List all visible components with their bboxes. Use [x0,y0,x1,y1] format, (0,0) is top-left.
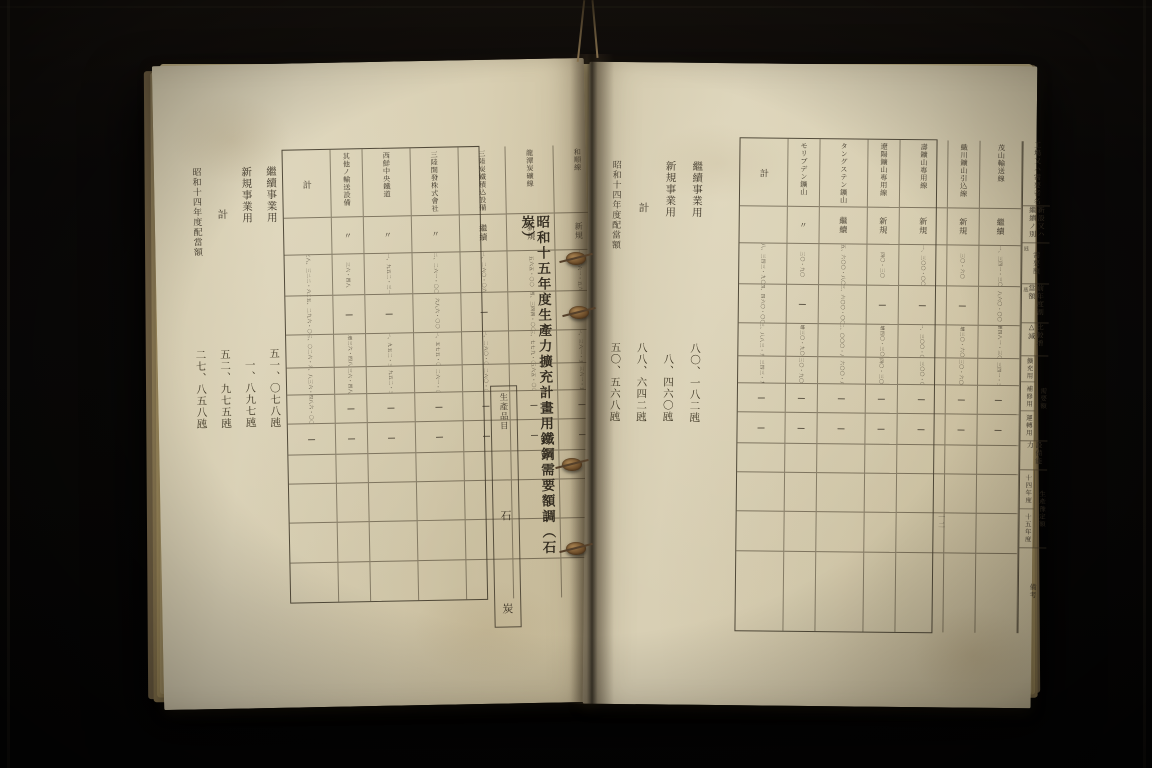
record-diff-cell: 增三、〇二六・六五 [286,334,333,368]
binding-string [577,0,585,62]
record-repair-cell [785,383,816,412]
record-demand-cell: 三六・四八 [332,253,364,295]
display-frame-edge [1143,0,1146,768]
header-equipment-capacity: 設備能力 [1021,440,1048,469]
record-type-cell: 新規 [867,207,899,244]
record-y15-cell [417,519,465,560]
record-repair-cell: 四八六・〇〇 [287,394,334,424]
binding-gutter [570,54,614,704]
record-y14-cell [977,474,1019,513]
record-operate-cell [336,422,368,454]
header-remarks: 備考 [1019,547,1047,633]
record-diff-cell: 增二、〇〇〇・八〇 [818,323,865,356]
record-note-cell [895,552,943,632]
header-production-plan-group: 十四年度 十五年度 生產豫定額 [1020,469,1048,547]
binding-string-knot [566,252,586,265]
left-page-summary: 繼續事業用 五一、〇七八瓲 新規事業用 一、八九七瓲 計 五二、九七五瓲 昭和十… [190,166,281,430]
record-prev-cell: 四、四六〇・〇〇 [739,283,786,322]
table-record-column: 遼陽鑛山專用線新規四〇・三〇增四〇・三〇四〇・三〇 [863,140,900,632]
record-demand-cell: 五、六〇〇・八〇 [819,243,866,284]
table-header-column: 工場又ハ需要者名 新設又ハ繼續ノ別 需要額 瓲 前年度割當額 瓲 比較增△減 擴… [1018,141,1051,633]
unit-ton: 瓲 [1023,286,1028,293]
record-name-cell: 三陸炭鐵積込設備 [458,146,506,214]
record-type-cell: 〃 [412,214,459,252]
table-record-column: 計八、三四三・九〇四、四六〇・〇〇增三、八八三・九〇八、三四三・九〇 [735,138,788,630]
binding-string-knot [562,458,582,471]
table-record-column: モリブデン鑛山〃三〇・九〇增三〇・九〇三〇・九〇 [783,139,820,631]
record-capacity-cell [785,443,816,472]
header-year15: 十五年度 [1020,508,1034,548]
record-capacity-cell [817,443,864,472]
record-expand-cell: 三六・四八 [334,366,366,394]
open-ledger-book: 繼續事業用 五一、〇七八瓲 新規事業用 一、八九七瓲 計 五二、九七五瓲 昭和十… [128,40,1056,712]
record-prev-cell: 八六〇・〇〇 [979,286,1021,325]
record-y14-cell [784,472,816,511]
record-demand-cell: 三〇・九〇 [787,243,819,284]
record-operate-cell [897,413,944,444]
record-demand-cell: 二、二六一・〇〇 [412,251,460,293]
record-y14-cell [737,471,784,510]
record-y15-cell [736,510,783,550]
record-expand-cell: 八、三四三・九〇 [738,355,785,382]
table-record-column: 茂山輸送線繼續一、三四一・三〇八六〇・〇〇增四八一・三〇一、三四一・三〇 [975,141,1023,633]
summary-label: 新規事業用 [239,166,253,224]
header-comparison: 比較增△減 [1022,322,1049,355]
unit-ton: 瓲 [1024,245,1029,252]
record-repair-cell [415,391,462,421]
record-demand-cell: 一、九五二・三一 [364,252,412,294]
record-repair-cell [367,392,414,422]
summary-label: 繼續事業用 [689,161,702,219]
record-name-cell: 龍潭炭礦線 [506,146,554,214]
record-name-cell: 壽鑛山專用線 [900,140,947,207]
record-operate-cell [977,414,1019,445]
summary-label: 昭和十四年度配當額 [190,167,203,257]
record-note-cell [290,562,338,603]
record-diff-cell: 增三六・四八 [334,333,366,367]
record-diff-cell: 增四八一・三〇 [978,325,1020,358]
binding-string [591,0,598,58]
record-operate-cell [737,411,784,442]
record-y14-cell [369,481,417,521]
summary-line: 昭和十四年度配當額 二七、八五八瓲 [190,167,207,429]
summary-value: 八〇、一八二瓲 [687,342,700,423]
record-y14-cell [289,483,337,523]
record-diff-cell: 增一、二六〇・〇六 [462,330,509,364]
record-name-cell: 茂山輸送線 [980,141,1022,208]
record-note-cell [815,551,863,631]
record-type-cell: 〃 [364,215,411,253]
right-page-summary: 繼續事業用 八〇、一八二瓲 新規事業用 八、四六〇瓲 計 八八、六四二瓲 昭和十… [608,160,703,423]
record-note-cell [943,552,975,632]
record-capacity-cell [977,445,1019,474]
header-operation-use: 運轉用 [1021,410,1035,440]
header-demand-breakdown-group: 擴充用 補修用 運轉用 需要額 [1021,355,1049,440]
record-diff-cell: 增三〇・九〇 [786,323,818,356]
record-note-cell [418,559,466,600]
summary-label: 繼續事業用 [263,166,277,224]
record-expand-cell: 二、二六一・〇〇 [414,364,461,392]
record-capacity-cell [368,452,415,482]
record-name-cell: 西鮮中央鐵道 [362,148,410,216]
summary-label: 新規事業用 [663,160,676,218]
record-y15-cell [290,522,338,563]
display-frame-edge [7,0,10,768]
summary-label: 計 [214,167,228,221]
record-operate-cell [817,412,864,443]
record-y15-cell [976,513,1018,553]
record-operate-cell [368,421,415,453]
record-expand-cell: 四〇・三〇 [866,357,897,384]
record-prev-cell [866,285,898,324]
record-note-cell [370,560,418,601]
record-type-cell: 繼續 [819,206,866,243]
record-y15-cell [370,520,418,561]
record-type-cell: 〃 [332,216,364,254]
table-record-column: 織川鑛山引込線新規三〇・六〇增三〇・六〇三〇・六〇 [943,140,980,632]
record-expand-cell: 一、九五二・三一 [367,365,414,393]
record-type-cell [284,217,331,255]
record-name-cell: 計 [740,138,787,205]
record-demand-cell: 三〇・六〇 [947,244,979,285]
table-record-column: 壽鑛山專用線新規一、三〇〇・〇〇增一、三〇〇・〇〇一、三〇〇・〇〇 [895,140,948,632]
header-plan-group-label: 生產豫定額 [1034,470,1048,547]
record-y14-cell [417,480,465,520]
summary-value: 八八、六四二瓲 [634,342,647,423]
product-item-char: 炭 [502,600,513,626]
record-repair-cell [335,393,367,423]
record-operate-cell [865,413,897,444]
summary-line: 新規事業用 一、八九七瓲 [239,166,257,428]
binding-string-knot [569,306,589,319]
record-demand-cell: 八、三四三・九〇 [739,242,786,283]
record-repair-cell [865,384,896,413]
record-prev-cell [899,285,946,324]
record-expand-cell: 三七、八三六・六五 [287,367,334,395]
record-demand-cell: 四〇・三〇 [867,244,899,285]
record-y14-cell [337,482,369,522]
record-note-cell [735,550,783,630]
record-type-cell [739,205,786,242]
record-prev-cell [365,293,413,333]
record-diff-cell: 增一、五七五・〇〇 [414,331,461,365]
page-number: 一二 [936,513,946,529]
record-type-cell: 〃 [787,206,819,243]
product-item-box: 生產品目 石 炭 [490,385,522,627]
record-note-cell [783,551,815,631]
record-demand-cell: 三八、三二二・六五 [285,254,333,296]
record-expand-cell: 一、三〇〇・〇〇 [898,357,945,384]
record-repair-cell [945,384,976,413]
record-diff-cell: 增三、八八三・九〇 [738,322,785,355]
record-type-cell: 繼續 [459,213,506,251]
record-expand-cell: 五、六〇〇・八〇 [818,356,865,383]
record-type-cell: 新規 [899,207,946,244]
left-demand-table: 計三八、三二二・六五三五、二九六・〇〇增三、〇二六・六五三七、八三六・六五四八六… [281,146,488,604]
record-y14-cell [944,473,976,512]
summary-line: 新規事業用 八、四六〇瓲 [660,160,675,422]
record-capacity-cell [737,442,784,471]
record-y14-cell [897,473,944,512]
header-expansion-use: 擴充用 [1022,356,1036,382]
product-item-char: 石 [500,507,511,523]
record-diff-cell: 增一、三〇〇・〇〇 [898,324,945,357]
record-capacity-cell [945,444,976,473]
summary-line: 計 八八、六四二瓲 [634,160,649,422]
summary-line: 計 五二、九七五瓲 [214,167,232,429]
record-demand-cell: 一、二六〇・〇六 [460,250,508,292]
table-record-column: タングステン鑛山繼續五、六〇〇・八〇三、六〇〇・〇〇增二、〇〇〇・八〇五、六〇〇… [815,139,868,631]
record-name-cell: 遼陽鑛山專用線 [868,140,900,207]
summary-label: 計 [636,160,649,214]
record-prev-cell [333,294,365,334]
summary-line: 繼續事業用 五一、〇七八瓲 [263,166,281,428]
record-y15-cell [944,512,976,552]
record-prev-cell: 三、六〇〇・〇〇 [819,284,866,323]
record-type-cell: 繼續 [979,208,1021,245]
header-repair-use: 補修用 [1021,382,1035,410]
record-diff-cell: 增一、九五二・三一 [366,332,413,366]
record-name-cell: 其他ノ輸送設備 [330,149,362,217]
summary-value: 八、四六〇瓲 [661,353,674,422]
record-repair-cell [818,383,865,412]
record-demand-cell: 一、三四一・三〇 [979,245,1021,286]
record-type-cell: 新規 [947,207,979,244]
photo-of-ledger: 繼續事業用 五一、〇七八瓲 新規事業用 一、八九七瓲 計 五二、九七五瓲 昭和十… [0,0,1152,768]
record-prev-cell [946,285,978,324]
record-operate-cell [785,412,817,443]
record-name-cell: 織川鑛山引込線 [948,140,980,207]
record-note-cell [863,552,895,632]
product-item-heading: 生產品目 [499,386,510,430]
right-demand-table: 計八、三四三・九〇四、四六〇・〇〇增三、八八三・九〇八、三四三・九〇モリブデン鑛… [734,137,937,633]
display-frame-edge [0,6,1152,8]
record-demand-cell: 一、三〇〇・〇〇 [899,244,946,285]
record-y14-cell [864,473,896,512]
table-record-column: 計三八、三二二・六五三五、二九六・〇〇增三、〇二六・六五三七、八三六・六五四八六… [283,150,339,603]
header-year14: 十四年度 [1020,470,1034,508]
summary-value: 二七、八五八瓲 [193,349,207,430]
record-prev-cell [461,291,509,331]
record-name-cell: 三陸開發株式會社 [410,147,458,215]
record-name-cell: タングステン鑛山 [820,139,867,206]
summary-value: 五一、〇七八瓲 [267,347,281,428]
record-y14-cell [817,472,864,511]
record-y15-cell [816,511,863,551]
summary-line: 繼續事業用 八〇、一八二瓲 [687,161,702,423]
record-capacity-cell [865,444,896,473]
record-expand-cell: 三〇・九〇 [786,356,817,383]
record-operate-cell [945,413,977,444]
record-diff-cell: 增四〇・三〇 [866,324,898,357]
record-y15-cell [784,511,816,551]
record-capacity-cell [416,451,463,481]
record-capacity-cell [288,454,335,484]
record-diff-cell: 增三〇・六〇 [946,324,978,357]
record-expand-cell: 三〇・六〇 [946,357,977,384]
record-note-cell [975,553,1017,633]
header-previous-allocation: 前年度割當額 瓲 [1022,283,1049,322]
table-record-column: 三陸開發株式會社〃二、二六一・〇〇六八六・〇〇增一、五七五・〇〇二、二六一・〇〇 [410,147,466,600]
left-page: 繼續事業用 五一、〇七八瓲 新規事業用 一、八九七瓲 計 五二、九七五瓲 昭和十… [152,58,596,710]
record-capacity-cell [336,453,368,483]
header-factory-name: 工場又ハ需要者名 [1023,141,1051,205]
record-prev-cell [786,284,818,323]
header-new-or-continuing: 新設又ハ繼續ノ別 [1023,205,1050,242]
header-demand: 需要額 瓲 [1023,242,1050,283]
record-repair-cell [978,385,1020,414]
record-name-cell: モリブデン鑛山 [788,139,820,206]
record-prev-cell: 三五、二九六・〇〇 [285,295,333,335]
table-record-column: 西鮮中央鐵道〃一、九五二・三一增一、九五二・三一一、九五二・三一 [362,148,418,601]
summary-value: 五二、九七五瓲 [218,348,232,429]
record-operate-cell [415,420,462,452]
binding-string-knot [566,542,586,555]
record-expand-cell: 一、三四一・三〇 [978,358,1020,385]
right-page: 繼續事業用 八〇、一八二瓲 新規事業用 八、四六〇瓲 計 八八、六四二瓲 昭和十… [583,62,1038,709]
record-repair-cell [898,384,945,413]
record-operate-cell [288,423,335,455]
record-capacity-cell [897,444,944,473]
record-prev-cell: 六八六・〇〇 [413,292,461,332]
record-y15-cell [864,512,896,552]
record-y15-cell [337,521,369,562]
header-demand-group-label: 需要額 [1035,356,1049,440]
record-name-cell: 計 [283,150,331,218]
record-note-cell [338,561,370,602]
summary-value: 一、八九七瓲 [243,359,256,428]
record-repair-cell [738,382,785,411]
